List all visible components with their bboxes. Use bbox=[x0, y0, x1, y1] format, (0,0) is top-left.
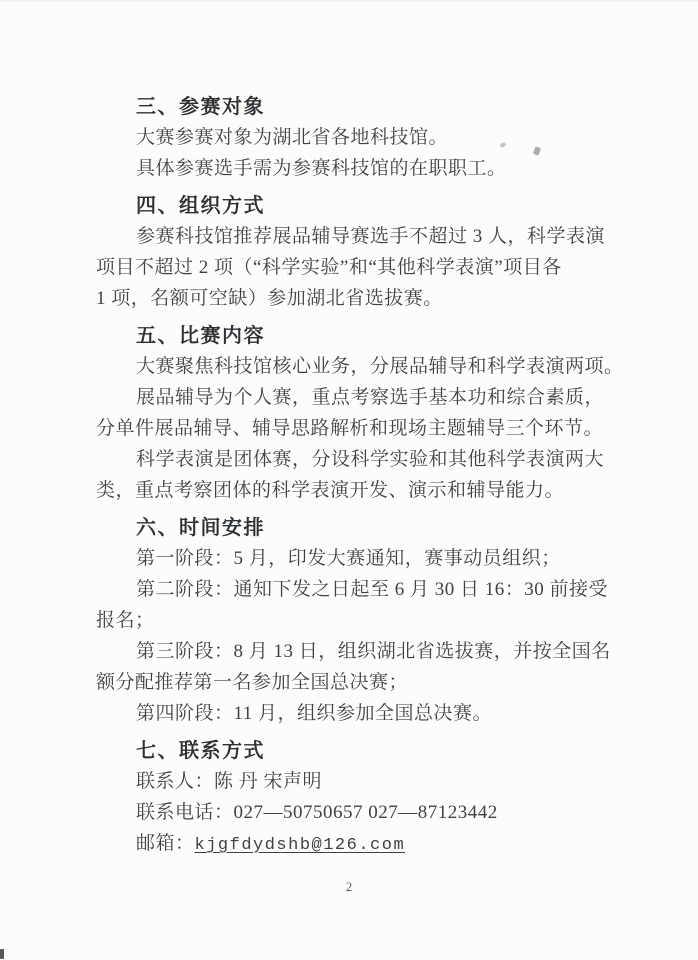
line-text: 具体参赛选手需为参赛科技馆的在职职工。 bbox=[136, 158, 507, 179]
line-text: 联系电话：027—50750657 027—87123442 bbox=[136, 802, 498, 823]
document-line: 联系电话：027—50750657 027—87123442 bbox=[96, 797, 656, 828]
line-text: 四、组织方式 bbox=[136, 195, 265, 217]
line-text: 大赛聚焦科技馆核心业务，分展品辅导和科学表演两项。 bbox=[136, 356, 624, 377]
document-line: 报名； bbox=[96, 605, 656, 636]
document-line: 大赛参赛对象为湖北省各地科技馆。 bbox=[96, 122, 656, 153]
scan-edge-artifact bbox=[0, 0, 698, 3]
line-text: 五、比赛内容 bbox=[136, 325, 265, 347]
document-line: 额分配推荐第一名参加全国总决赛； bbox=[96, 667, 656, 698]
document-line: 第三阶段：8 月 13 日，组织湖北省选拔赛，并按全国名 bbox=[96, 636, 656, 667]
line-text: 第四阶段：11 月，组织参加全国总决赛。 bbox=[136, 703, 492, 724]
document-line: 具体参赛选手需为参赛科技馆的在职职工。 bbox=[96, 153, 656, 184]
line-text: 六、时间安排 bbox=[136, 517, 265, 539]
line-text: 展品辅导为个人赛，重点考察选手基本功和综合素质， bbox=[136, 387, 604, 408]
document-line: 项目不超过 2 项（“科学实验”和“其他科学表演”项目各 bbox=[96, 252, 656, 283]
line-text: 第二阶段：通知下发之日起至 6 月 30 日 16：30 前接受 bbox=[136, 579, 608, 600]
document-line: 第四阶段：11 月，组织参加全国总决赛。 bbox=[96, 698, 656, 729]
document-line: 参赛科技馆推荐展品辅导赛选手不超过 3 人，科学表演 bbox=[96, 221, 656, 252]
line-text: 项目不超过 2 项（“科学实验”和“其他科学表演”项目各 bbox=[96, 257, 562, 278]
document-line: 科学表演是团体赛，分设科学实验和其他科学表演两大 bbox=[96, 444, 656, 475]
line-text: 分单件展品辅导、辅导思路解析和现场主题辅导三个环节。 bbox=[96, 418, 603, 439]
section-heading: 五、比赛内容 bbox=[96, 321, 656, 352]
document-line: 联系人：陈 丹 宋声明 bbox=[96, 766, 656, 797]
section-heading: 七、联系方式 bbox=[96, 736, 656, 767]
scanned-document-page: 三、参赛对象大赛参赛对象为湖北省各地科技馆。具体参赛选手需为参赛科技馆的在职职工… bbox=[0, 0, 698, 960]
document-line: 大赛聚焦科技馆核心业务，分展品辅导和科学表演两项。 bbox=[96, 351, 656, 382]
line-text: 邮箱： bbox=[136, 833, 195, 854]
document-line: 分单件展品辅导、辅导思路解析和现场主题辅导三个环节。 bbox=[96, 413, 656, 444]
line-text: 联系人：陈 丹 宋声明 bbox=[136, 771, 322, 792]
document-line: 1 项，名额可空缺）参加湖北省选拔赛。 bbox=[96, 283, 656, 314]
line-text: 额分配推荐第一名参加全国总决赛； bbox=[96, 672, 408, 693]
document-body: 三、参赛对象大赛参赛对象为湖北省各地科技馆。具体参赛选手需为参赛科技馆的在职职工… bbox=[96, 85, 656, 861]
line-text: 类，重点考察团体的科学表演开发、演示和辅导能力。 bbox=[96, 480, 564, 501]
document-line: 展品辅导为个人赛，重点考察选手基本功和综合素质， bbox=[96, 382, 656, 413]
line-text: 大赛参赛对象为湖北省各地科技馆。 bbox=[136, 127, 448, 148]
line-text: 1 项，名额可空缺）参加湖北省选拔赛。 bbox=[96, 288, 443, 309]
section-heading: 四、组织方式 bbox=[96, 191, 656, 222]
line-text: 第三阶段：8 月 13 日，组织湖北省选拔赛，并按全国名 bbox=[136, 641, 611, 662]
line-text: 参赛科技馆推荐展品辅导赛选手不超过 3 人，科学表演 bbox=[136, 226, 605, 247]
document-line: 邮箱：kjgfdydshb@126.com bbox=[96, 828, 656, 861]
page-number: 2 bbox=[0, 879, 698, 895]
email-address: kjgfdydshb@126.com bbox=[195, 836, 406, 855]
document-line: 第一阶段：5 月，印发大赛通知，赛事动员组织； bbox=[96, 543, 656, 574]
line-text: 科学表演是团体赛，分设科学实验和其他科学表演两大 bbox=[136, 449, 604, 470]
line-text: 三、参赛对象 bbox=[136, 96, 265, 118]
section-heading: 六、时间安排 bbox=[96, 513, 656, 544]
document-line: 第二阶段：通知下发之日起至 6 月 30 日 16：30 前接受 bbox=[96, 574, 656, 605]
line-text: 第一阶段：5 月，印发大赛通知，赛事动员组织； bbox=[136, 548, 561, 569]
section-heading: 三、参赛对象 bbox=[96, 92, 656, 123]
line-text: 报名； bbox=[96, 610, 155, 631]
scan-corner-artifact bbox=[0, 949, 4, 959]
line-text: 七、联系方式 bbox=[136, 740, 265, 762]
document-line: 类，重点考察团体的科学表演开发、演示和辅导能力。 bbox=[96, 475, 656, 506]
